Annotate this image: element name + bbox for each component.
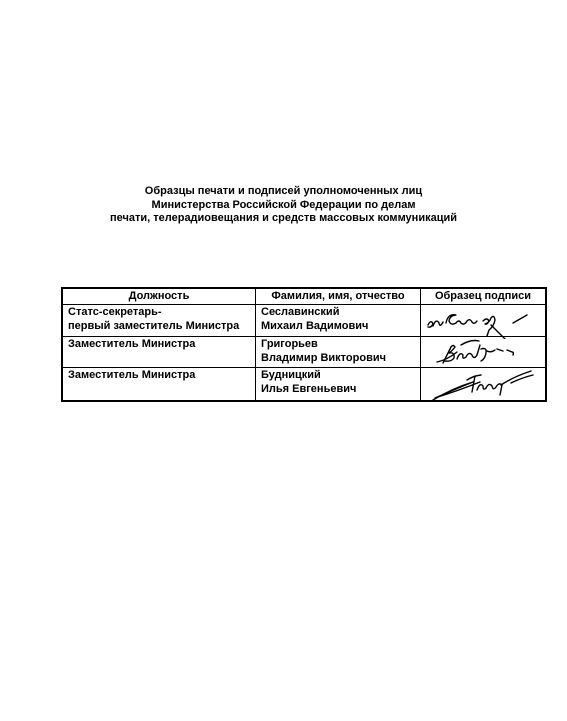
document-title: Образцы печати и подписей уполномоченных… (0, 185, 567, 226)
signature-cell (421, 368, 547, 402)
title-line-2: Министерства Российской Федерации по дел… (0, 199, 567, 213)
signature-seslavinsky-icon (421, 305, 545, 336)
position-cell: Статс-секретарь- первый заместитель Мини… (62, 305, 256, 337)
signature-grigoriev-icon (421, 337, 545, 367)
name-cell: Сеславинский Михаил Вадимович (256, 305, 421, 337)
signature-cell (421, 305, 547, 337)
header-full-name: Фамилия, имя, отчество (256, 288, 421, 305)
signature-cell (421, 337, 547, 368)
title-line-3: печати, телерадиовещания и средств массо… (0, 212, 567, 226)
header-position: Должность (62, 288, 256, 305)
position-cell: Заместитель Министра (62, 368, 256, 402)
header-signature-sample: Образец подписи (421, 288, 547, 305)
table-row: Заместитель Министра Будницкий Илья Евге… (62, 368, 546, 402)
table-header-row: Должность Фамилия, имя, отчество Образец… (62, 288, 546, 305)
signatures-table: Должность Фамилия, имя, отчество Образец… (61, 287, 547, 402)
title-line-1: Образцы печати и подписей уполномоченных… (0, 185, 567, 199)
name-cell: Григорьев Владимир Викторович (256, 337, 421, 368)
name-cell: Будницкий Илья Евгеньевич (256, 368, 421, 402)
table-row: Статс-секретарь- первый заместитель Мини… (62, 305, 546, 337)
table-row: Заместитель Министра Григорьев Владимир … (62, 337, 546, 368)
signature-budnitsky-icon (421, 368, 545, 400)
position-cell: Заместитель Министра (62, 337, 256, 368)
